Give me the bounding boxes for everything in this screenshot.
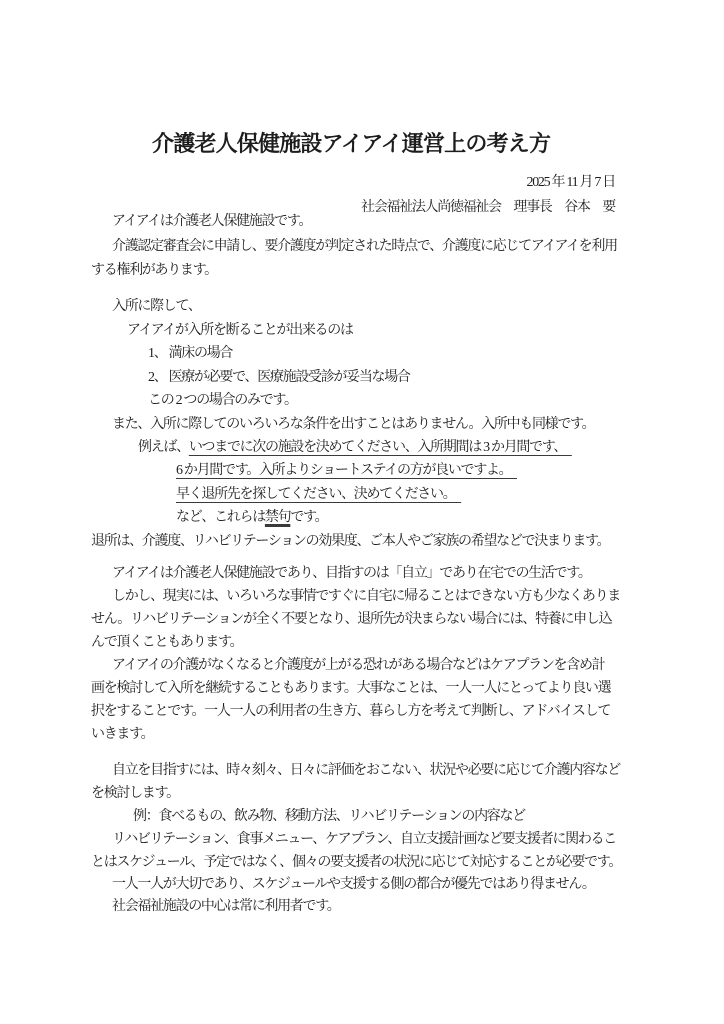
- text-segment: を検討します。: [91, 786, 179, 801]
- text-segment: 介護認定審査会に申請し、要介護度が判定された時点で、介護度に応じてアイアイを利用: [112, 239, 617, 254]
- text-segment: 1、 満床の場合: [148, 346, 232, 361]
- text-line: 介護認定審査会に申請し、要介護度が判定された時点で、介護度に応じてアイアイを利用: [112, 238, 617, 256]
- text-line: いきます。: [91, 726, 153, 744]
- text-segment: 2、 医療が必要で、医療施設受診が妥当な場合: [148, 370, 410, 385]
- text-segment: 入所に際して、: [112, 299, 201, 314]
- text-segment: など、これらは: [176, 510, 265, 525]
- text-line: アイアイが入所を断ることが出来るのは: [127, 322, 353, 340]
- text-line: 自立を目指すには、時々刻々、日々に評価をおこない、状況や必要に応じて介護内容など: [112, 762, 620, 780]
- text-line: 択をすることです。一人一人の利用者の生き方、暮らし方を考えて判断し、アドバイスし…: [91, 703, 610, 721]
- text-segment: アイアイの介護がなくなると介護度が上がる恐れがある場合などはケアプランを含め計: [112, 658, 604, 673]
- text-segment: しかし、現実には、いろいろな事情ですぐに自宅に帰ることはできない方も少なくありま: [112, 589, 620, 604]
- text-line: アイアイは介護老人保健施設であり、目指すのは「自立」であり在宅での生活です。: [112, 565, 591, 583]
- text-segment: アイアイが入所を断ることが出来るのは: [127, 323, 353, 338]
- text-segment: 退所は、介護度、リハビリテーションの効果度、ご本人やご家族の希望などで決まります…: [91, 534, 609, 549]
- text-line: また、入所に際してのいろいろな条件を出すことはありません。入所中も同様です。: [112, 416, 594, 434]
- text-segment: です。: [290, 510, 327, 525]
- text-segment: 例えば、: [138, 440, 189, 455]
- text-line: 画を検討して入所を継続することもあります。大事なことは、一人一人にとってより良い…: [91, 680, 610, 698]
- text-line: 例：食べるもの、飲み物、移動方法、リハビリテーションの内容など: [133, 808, 525, 826]
- text-segment: 画を検討して入所を継続することもあります。大事なことは、一人一人にとってより良い…: [91, 681, 610, 696]
- text-segment: アイアイは介護老人保健施設であり、目指すのは「自立」であり在宅での生活です。: [112, 566, 591, 581]
- text-segment: いきます。: [91, 727, 153, 742]
- text-line: 入所に際して、: [112, 298, 201, 316]
- text-line: など、これらは禁句です。: [176, 509, 327, 527]
- text-segment: 社会福祉施設の中心は常に利用者です。: [112, 899, 339, 914]
- text-segment: 択をすることです。一人一人の利用者の生き方、暮らし方を考えて判断し、アドバイスし…: [91, 704, 610, 719]
- text-line: 早く退所先を探してください、決めてください。: [176, 486, 461, 504]
- text-line: んで頂くこともあります。: [91, 634, 242, 652]
- text-line: 一人一人が大切であり、スケジュールや支援する側の都合が優先ではあり得ません。: [112, 876, 595, 894]
- text-line: アイアイの介護がなくなると介護度が上がる恐れがある場合などはケアプランを含め計: [112, 657, 604, 675]
- text-line: 例えば、いつまでに次の施設を決めてください、入所期間は 3 か月間です、: [138, 439, 572, 457]
- text-line: リハビリテーション、食事メニュー、ケアプラン、自立支援計画など要支援者に関わるこ: [112, 831, 616, 849]
- text-line: この 2 つの場合のみです。: [148, 392, 297, 410]
- text-segment: する権利があります。: [91, 263, 217, 278]
- document-page: 介護老人保健施設アイアイ運営上の考え方 2025 年 11 月 7 日 社会福祉…: [0, 0, 724, 1024]
- text-segment: んで頂くこともあります。: [91, 635, 242, 650]
- text-line: を検討します。: [91, 785, 179, 803]
- text-line: せん。リハビリテーションが全く不要となり、退所先が決まらない場合には、特養に申し…: [91, 611, 611, 629]
- text-line: 6 か月間です。入所よりショートステイの方が良いですよ。: [176, 462, 517, 480]
- text-segment: アイアイは介護老人保健施設です。: [112, 214, 311, 229]
- text-line: 1、 満床の場合: [148, 345, 232, 363]
- text-line: 社会福祉施設の中心は常に利用者です。: [112, 898, 339, 916]
- page-title: 介護老人保健施設アイアイ運営上の考え方: [152, 127, 550, 158]
- text-segment: せん。リハビリテーションが全く不要となり、退所先が決まらない場合には、特養に申し…: [91, 612, 611, 627]
- underlined-text: 6 か月間です。入所よりショートステイの方が良いですよ。: [176, 463, 517, 478]
- text-line: アイアイは介護老人保健施設です。: [112, 213, 311, 231]
- author-line: 社会福祉法人尚徳福祉会 理事長 谷本 要: [361, 196, 615, 216]
- text-segment: この 2 つの場合のみです。: [148, 393, 297, 408]
- underlined-text: 禁句: [265, 510, 290, 525]
- text-line: する権利があります。: [91, 262, 217, 280]
- text-segment: 自立を目指すには、時々刻々、日々に評価をおこない、状況や必要に応じて介護内容など: [112, 763, 620, 778]
- text-line: 2、 医療が必要で、医療施設受診が妥当な場合: [148, 369, 410, 387]
- text-line: 退所は、介護度、リハビリテーションの効果度、ご本人やご家族の希望などで決まります…: [91, 533, 609, 551]
- date-line: 2025 年 11 月 7 日: [527, 171, 615, 191]
- text-segment: 例：食べるもの、飲み物、移動方法、リハビリテーションの内容など: [133, 809, 525, 824]
- underlined-text: 早く退所先を探してください、決めてください。: [176, 487, 461, 502]
- text-segment: リハビリテーション、食事メニュー、ケアプラン、自立支援計画など要支援者に関わるこ: [112, 832, 616, 847]
- underlined-text: いつまでに次の施設を決めてください、入所期間は 3 か月間です、: [189, 440, 572, 455]
- text-segment: とはスケジュール、予定ではなく、個々の要支援者の状況に応じて対応することが必要で…: [91, 855, 621, 870]
- text-segment: 一人一人が大切であり、スケジュールや支援する側の都合が優先ではあり得ません。: [112, 877, 595, 892]
- text-segment: また、入所に際してのいろいろな条件を出すことはありません。入所中も同様です。: [112, 417, 594, 432]
- text-line: しかし、現実には、いろいろな事情ですぐに自宅に帰ることはできない方も少なくありま: [112, 588, 620, 606]
- text-line: とはスケジュール、予定ではなく、個々の要支援者の状況に応じて対応することが必要で…: [91, 854, 621, 872]
